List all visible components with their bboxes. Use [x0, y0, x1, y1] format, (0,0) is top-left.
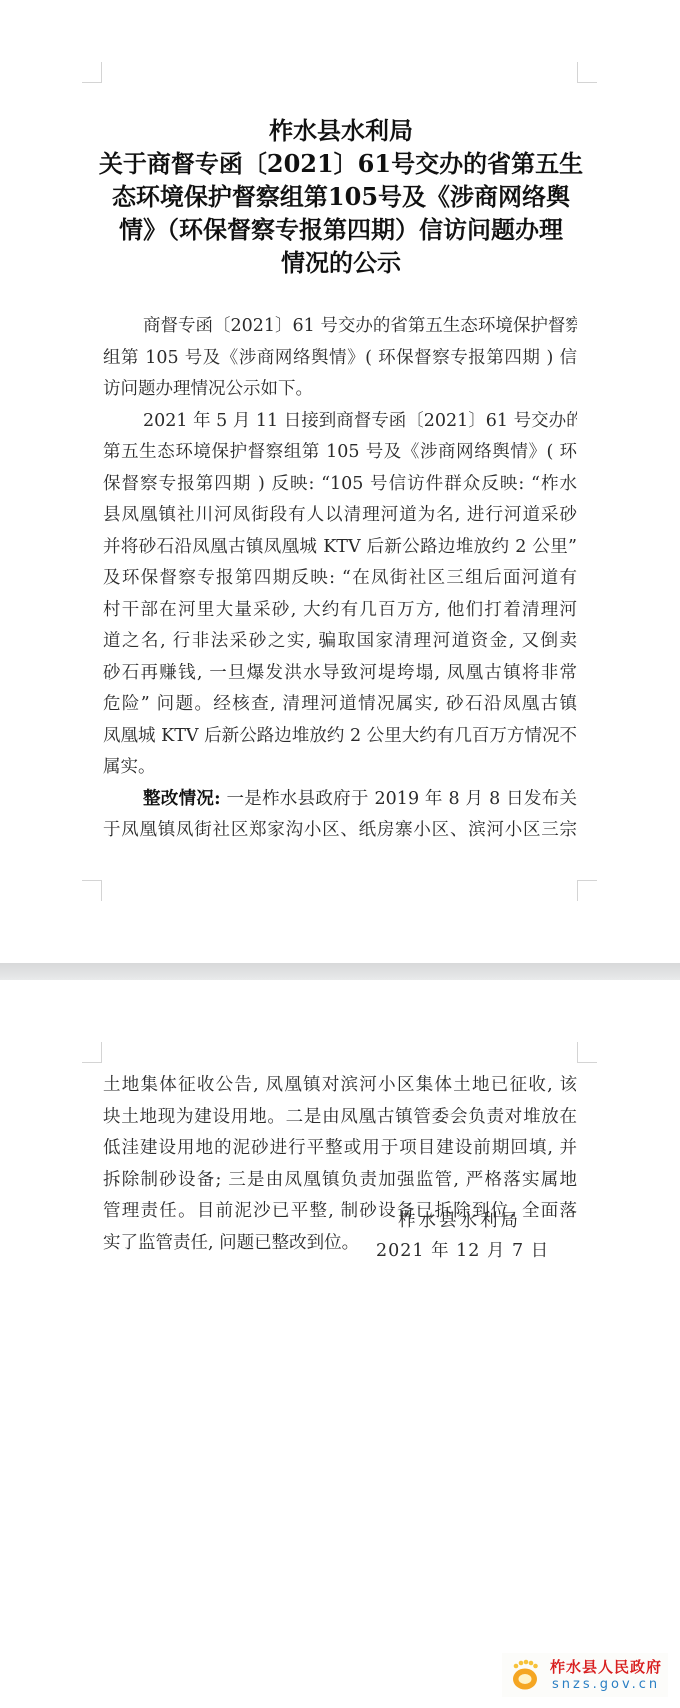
- government-logo-icon: [510, 1659, 540, 1691]
- site-watermark: 柞水县人民政府 snzs.gov.cn: [502, 1653, 668, 1697]
- page-corner-mark: [82, 1042, 102, 1063]
- page-corner-mark: [577, 880, 597, 901]
- page-separator: [0, 963, 680, 980]
- page-corner-mark: [577, 1042, 597, 1063]
- body-text-page-1: 商督专函〔2021〕61 号交办的省第五生态环境保护督察 组第 105 号及《涉…: [103, 311, 577, 847]
- paragraph-line: 第五生态环境保护督察组第 105 号及《涉商网络舆情》( 环: [103, 437, 577, 469]
- page-corner-mark: [82, 62, 102, 83]
- watermark-site-name: 柞水县人民政府: [550, 1656, 662, 1677]
- watermark-site-url: snzs.gov.cn: [552, 1677, 660, 1692]
- paragraph-line: 块土地现为建设用地。二是由凤凰古镇管委会负责对堆放在: [103, 1102, 577, 1134]
- paragraph-line: 属实。: [103, 752, 577, 784]
- paragraph-line: 凤凰城 KTV 后新公路边堆放约 2 公里大约有几百万方情况不: [103, 721, 577, 753]
- paragraph-line: 及环保督察专报第四期反映: “在凤街社区三组后面河道有: [103, 563, 577, 595]
- signature-date: 2021 年 12 月 7 日: [376, 1237, 549, 1262]
- paragraph-line: 商督专函〔2021〕61 号交办的省第五生态环境保护督察: [103, 311, 577, 343]
- paragraph-line: 危险” 问题。经核查, 清理河道情况属实, 砂石沿凤凰古镇: [103, 689, 577, 721]
- document-page-2: 土地集体征收公告, 凤凰镇对滨河小区集体土地已征收, 该 块土地现为建设用地。二…: [0, 980, 680, 1708]
- paragraph-line: 保督察专报第四期 ) 反映: “105 号信访件群众反映: “柞水: [103, 469, 577, 501]
- signature-issuer: 柞水县水利局: [398, 1207, 521, 1232]
- paragraph-line: 于凤凰镇凤街社区郑家沟小区、纸房寨小区、滨河小区三宗: [103, 815, 577, 847]
- paragraph-line: 道之名, 行非法采砂之实, 骗取国家清理河道资金, 又倒卖: [103, 626, 577, 658]
- page-corner-mark: [82, 880, 102, 901]
- paragraph-line: 砂石再赚钱, 一旦爆发洪水导致河堤垮塌, 凤凰古镇将非常: [103, 658, 577, 690]
- paragraph-line: 组第 105 号及《涉商网络舆情》( 环保督察专报第四期 ) 信: [103, 343, 577, 375]
- rectification-line: 整改情况: 一是柞水县政府于 2019 年 8 月 8 日发布关: [103, 784, 577, 816]
- document-title: 柞水县水利局 关于商督专函〔2021〕61号交办的省第五生 态环境保护督察组第1…: [96, 114, 586, 279]
- title-line: 柞水县水利局: [96, 114, 586, 147]
- paragraph-line: 低洼建设用地的泥砂进行平整或用于项目建设前期回填, 并: [103, 1133, 577, 1165]
- rectification-label: 整改情况:: [143, 789, 221, 809]
- document-page-1: 柞水县水利局 关于商督专函〔2021〕61号交办的省第五生 态环境保护督察组第1…: [0, 0, 680, 963]
- paragraph-line: 访问题办理情况公示如下。: [103, 374, 577, 406]
- title-line: 态环境保护督察组第105号及《涉商网络舆: [96, 180, 586, 213]
- paragraph-line: 县凤凰镇社川河凤街段有人以清理河道为名, 进行河道采砂: [103, 500, 577, 532]
- rectification-text: 一是柞水县政府于 2019 年 8 月 8 日发布关: [221, 789, 577, 809]
- page-corner-mark: [577, 62, 597, 83]
- paragraph-line: 村干部在河里大量采砂, 大约有几百万方, 他们打着清理河: [103, 595, 577, 627]
- title-line: 情况的公示: [96, 246, 586, 279]
- paragraph-line: 2021 年 5 月 11 日接到商督专函〔2021〕61 号交办的省: [103, 406, 577, 438]
- paragraph-line: 并将砂石沿凤凰古镇凤凰城 KTV 后新公路边堆放约 2 公里”: [103, 532, 577, 564]
- paragraph-line: 土地集体征收公告, 凤凰镇对滨河小区集体土地已征收, 该: [103, 1070, 577, 1102]
- paragraph-line: 拆除制砂设备; 三是由凤凰镇负责加强监管, 严格落实属地: [103, 1165, 577, 1197]
- title-line: 关于商督专函〔2021〕61号交办的省第五生: [96, 147, 586, 180]
- title-line: 情》（环保督察专报第四期）信访问题办理: [96, 213, 586, 246]
